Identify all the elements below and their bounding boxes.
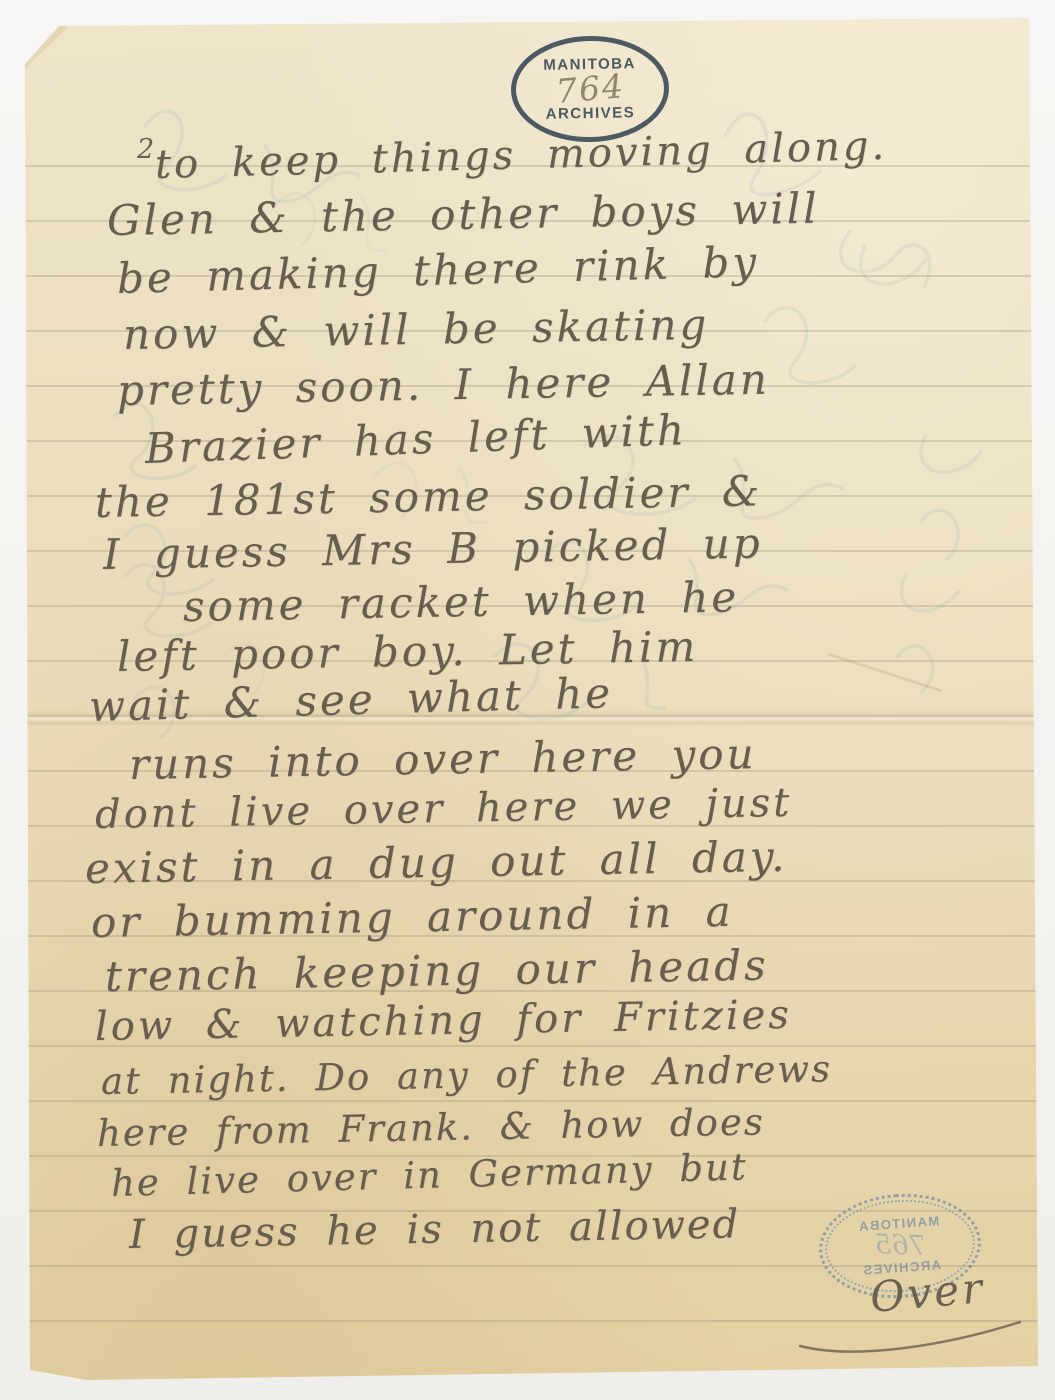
handwriting-line: Glen & the other boys will: [107, 184, 820, 245]
closing-word: Over: [868, 1263, 987, 1322]
handwriting-line: wait & see what he: [88, 668, 613, 731]
bleed-through-ink: [25, 16, 1038, 1380]
stamp-number: 765: [874, 1230, 927, 1261]
stamp-number: 764: [554, 69, 626, 110]
handwriting-line: Brazier has left with: [144, 405, 688, 473]
handwriting-line: be making there rink by: [116, 237, 759, 303]
handwriting-line: I guess Mrs B picked up: [103, 518, 763, 579]
handwriting-line: at night. Do any of the Andrews: [101, 1047, 833, 1103]
pen-flourish: [795, 1316, 1025, 1356]
handwriting-line: he live over in Germany but: [110, 1145, 748, 1205]
handwriting-line: now & will be skating: [123, 300, 710, 359]
scanned-letter-background: MANITOBA 765 ARCHIVES MANITOBA 764 ARCHI…: [0, 0, 1055, 1400]
handwriting-line: pretty soon. I here Allan: [117, 355, 771, 415]
handwriting-line: dont live over here we just: [95, 780, 793, 838]
handwriting-line: to keep things moving along.: [154, 123, 887, 188]
handwriting-line: I guess he is not allowed: [129, 1201, 741, 1258]
handwriting-line: exist in a dug out all day.: [85, 832, 788, 893]
handwriting-line: or bumming around in a: [91, 887, 734, 947]
archives-stamp: MANITOBA 764 ARCHIVES: [510, 35, 670, 144]
handwriting-line: some racket when he: [183, 572, 740, 631]
handwriting-line: the 181st some soldier &: [95, 466, 763, 527]
handwriting-line: low & watching for Fritzies: [95, 992, 793, 1050]
stamp-dept-label: ARCHIVES: [862, 1258, 942, 1278]
fold-crease: [25, 710, 1038, 726]
archives-stamp-verso: MANITOBA 765 ARCHIVES: [816, 1188, 985, 1303]
handwriting-line: left poor boy. Let him: [117, 622, 699, 681]
ruled-lines: [25, 112, 1038, 1370]
small-crease: [827, 653, 942, 693]
page-number: 2: [137, 134, 154, 165]
stamp-ring-icon: MANITOBA 765 ARCHIVES: [822, 1195, 978, 1297]
handwriting-line: here from Frank. & how does: [97, 1100, 765, 1155]
handwriting-line: trench keeping our heads: [105, 940, 769, 1001]
stamp-ring-icon: [816, 1188, 985, 1303]
handwriting-line: runs into over here you: [129, 729, 757, 789]
letter-page: MANITOBA 765 ARCHIVES MANITOBA 764 ARCHI…: [25, 16, 1038, 1380]
stamp-org-label: MANITOBA: [857, 1214, 940, 1234]
folded-corner: [23, 22, 67, 72]
